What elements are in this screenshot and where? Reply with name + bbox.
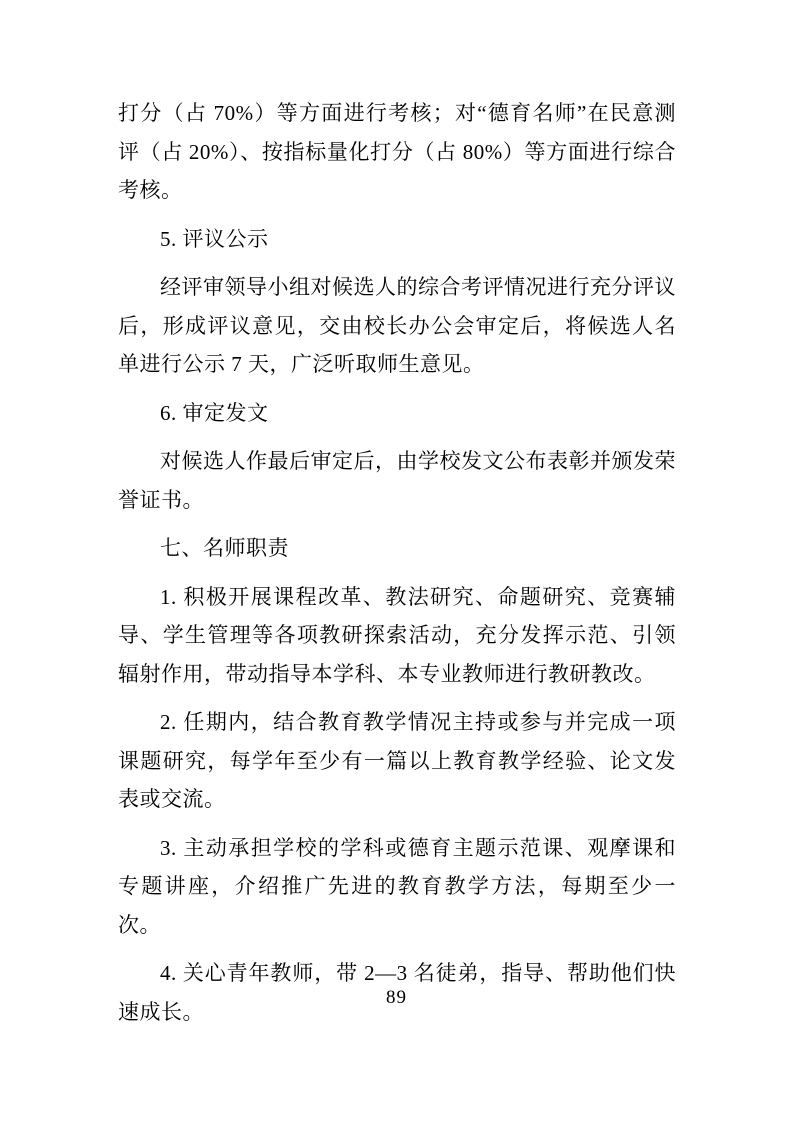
body-paragraph: 对候选人作最后审定后，由学校发文公布表彰并颁发荣誉证书。 (118, 442, 676, 519)
document-page: 打分（占 70%）等方面进行考核；对“德育名师”在民意测评（占 20%）、按指标… (0, 0, 793, 1122)
page-number: 89 (0, 986, 793, 1010)
body-paragraph-item-1: 1. 积极开展课程改革、教法研究、命题研究、竞赛辅导、学生管理等各项教研探索活动… (118, 578, 676, 694)
numbered-heading-5: 5. 评议公示 (118, 220, 676, 259)
numbered-heading-6: 6. 审定发文 (118, 394, 676, 433)
body-paragraph-item-2: 2. 任期内，结合教育教学情况主持或参与并完成一项课题研究，每学年至少有一篇以上… (118, 703, 676, 819)
body-paragraph-item-3: 3. 主动承担学校的学科或德育主题示范课、观摩课和专题讲座，介绍推广先进的教育教… (118, 829, 676, 945)
body-paragraph-continuation: 打分（占 70%）等方面进行考核；对“德育名师”在民意测评（占 20%）、按指标… (118, 94, 676, 210)
body-paragraph: 经评审领导小组对候选人的综合考评情况进行充分评议后，形成评议意见，交由校长办公会… (118, 268, 676, 384)
section-heading-7: 七、名师职责 (118, 529, 676, 568)
